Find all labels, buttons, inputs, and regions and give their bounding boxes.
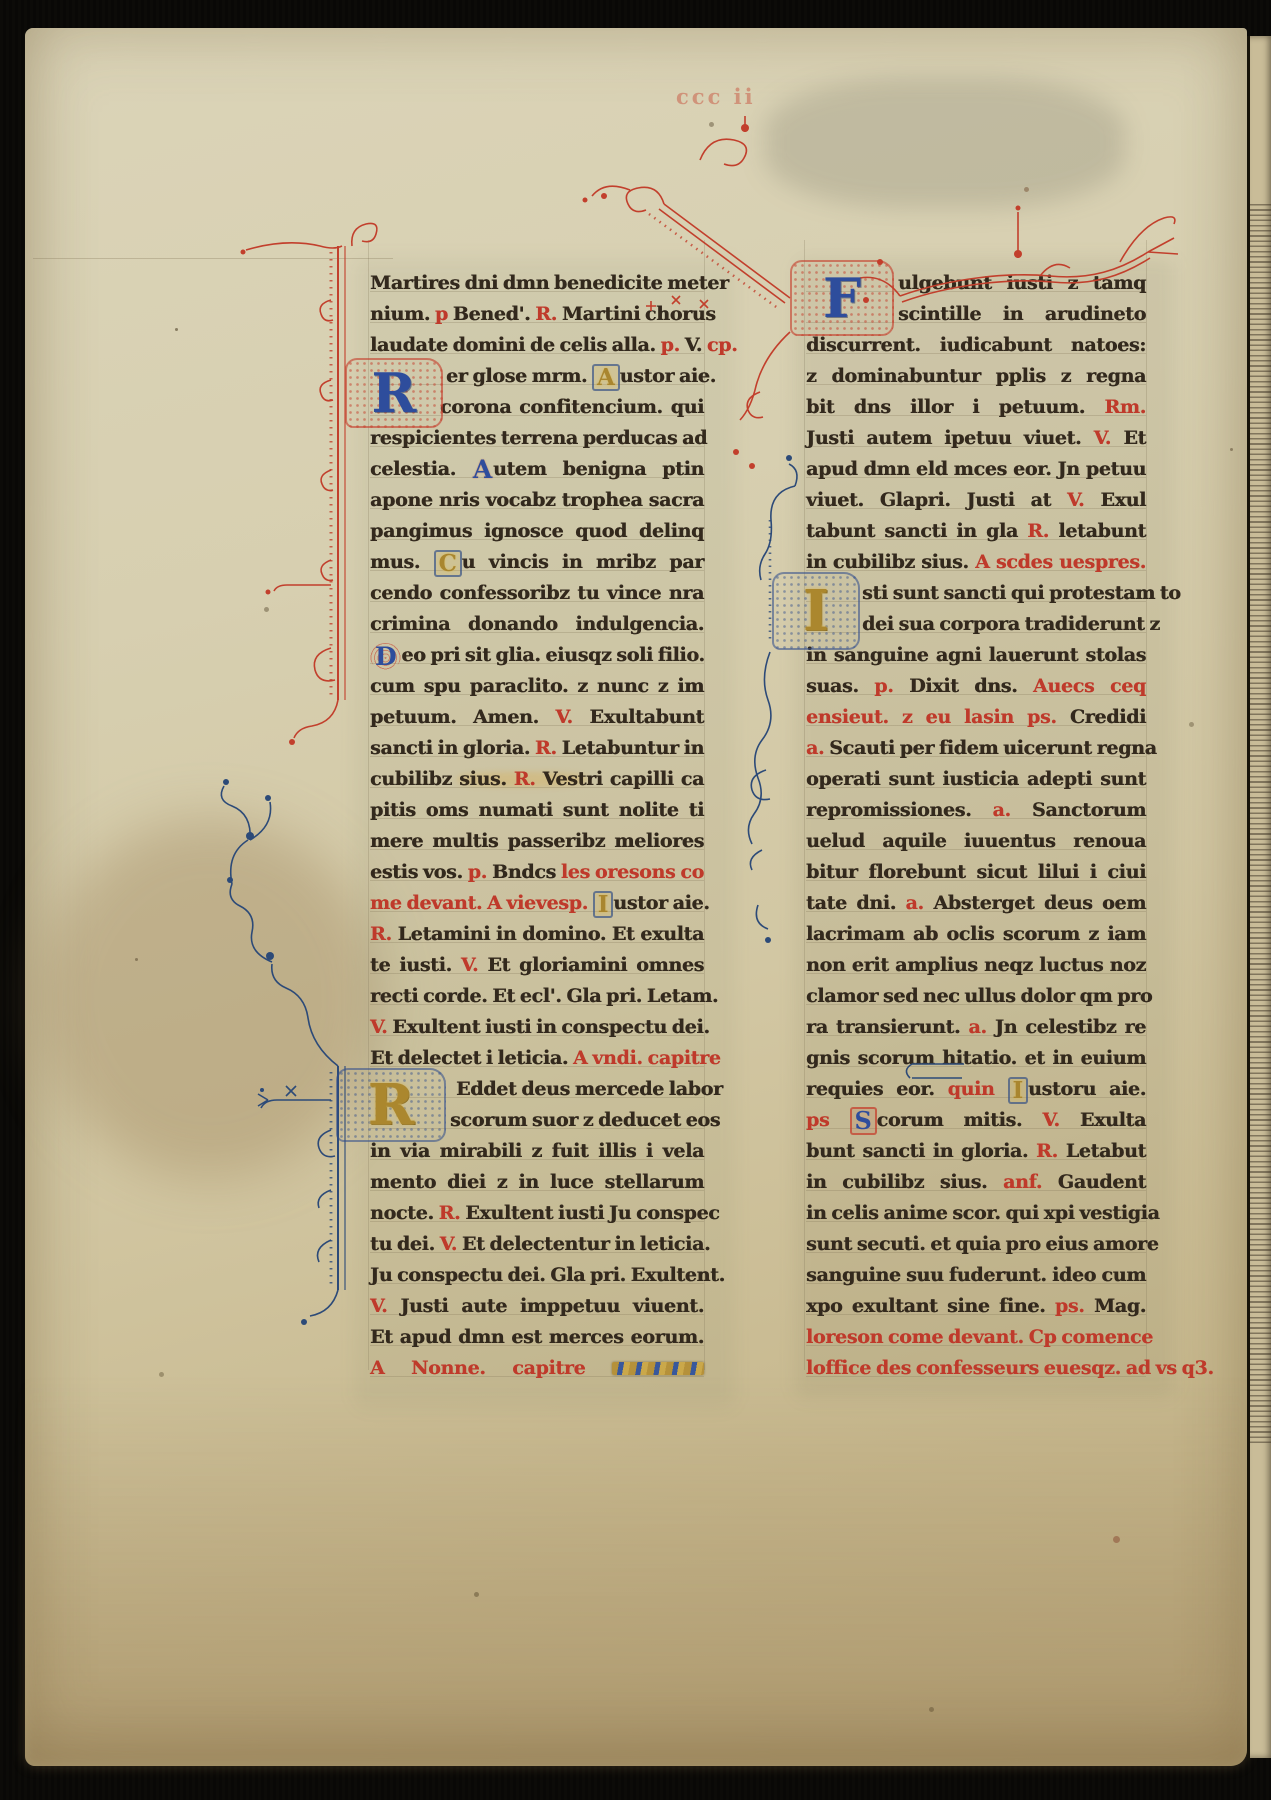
text-segment: suas. [806, 675, 874, 697]
text-line: te iusti. V. Et gloriamini omnes [370, 950, 704, 981]
parchment-stain [25, 1378, 1247, 1766]
text-segment: requies eor. [806, 1078, 948, 1100]
text-line: celestia. Autem benigna ptin [370, 454, 704, 485]
rubric-segment: anf. [1003, 1171, 1058, 1193]
rubric-segment: Rm. [1104, 396, 1146, 418]
text-segment: Mag. [1094, 1295, 1146, 1317]
text-segment: tu dei. [370, 1233, 440, 1255]
initial-letter: I [803, 578, 829, 644]
rubric-segment: me devant. A vievesp. [370, 892, 593, 914]
text-line: petuum. Amen. V. Exultabunt [370, 702, 704, 733]
text-line: apud dmn eld mces eor. Jn petuu [806, 454, 1146, 485]
rubric-segment: p. [468, 861, 492, 883]
text-segment: nium. [370, 303, 435, 325]
text-segment: xpo exultant sine fine. [806, 1295, 1055, 1317]
text-segment: lacrimam ab oclis scorum z iam [806, 923, 1146, 945]
rubric-segment: R. [514, 768, 543, 790]
text-line: pitis oms numati sunt nolite ti [370, 795, 704, 826]
text-line: bit dns illor i petuum. Rm. [806, 392, 1146, 423]
text-line: laudate domini de celis alla. p. V. cp. [370, 330, 704, 361]
text-line: ensieut. z eu lasin ps. Credidi [806, 702, 1146, 733]
text-line: loffice des confesseurs euesqz. ad vs q3… [806, 1353, 1146, 1384]
text-line: Deo pri sit glia. eiusqz soli filio. [370, 640, 704, 671]
text-segment: in celis anime scor. qui xpi vestigia [806, 1202, 1160, 1224]
text-segment: uelud aquile iuuentus renoua [806, 830, 1146, 852]
text-segment: pangimus ignosce quod delinq [370, 520, 704, 542]
text-segment: V. [685, 334, 707, 356]
text-segment: estis vos. [370, 861, 468, 883]
text-segment: bitur florebunt sicut lilui i ciui [806, 861, 1146, 883]
line-filler [612, 1362, 704, 1375]
text-segment: Exultent iusti in conspectu dei. [392, 1016, 709, 1038]
text-line: repromissiones. a. Sanctorum [806, 795, 1146, 826]
text-segment: Et apud dmn est merces eorum. [370, 1326, 704, 1348]
text-segment: letabunt [1058, 520, 1146, 542]
illuminated-initial-R-blue: R [345, 358, 443, 428]
text-line: recti corde. Et ecl'. Gla pri. Letam. [370, 981, 704, 1012]
text-line: tabunt sancti in gla R. letabunt [806, 516, 1146, 547]
text-line: Justi autem ipetuu viuet. V. Et [806, 423, 1146, 454]
rubric-segment: p. [874, 675, 909, 697]
column-right: ulgebunt iusti z tamqscintille in arudin… [806, 268, 1146, 1384]
rubric-segment: ps. [1055, 1295, 1094, 1317]
text-segment: tabunt sancti in gla [806, 520, 1027, 542]
rubric-segment: V. [370, 1016, 392, 1038]
book-fore-edge [1247, 36, 1271, 1758]
text-line: me devant. A vievesp. Iustor aie. [370, 888, 704, 919]
text-segment: ra transierunt. [806, 1016, 968, 1038]
inline-initial-blue-framed: S [850, 1107, 877, 1135]
text-segment: clamor sed nec ullus dolor qm pro [806, 985, 1152, 1007]
text-line: R. Letamini in domino. Et exulta [370, 919, 704, 950]
text-line: ps Scorum mitis. V. Exulta [806, 1105, 1146, 1136]
illuminated-initial-I-gold: I [772, 572, 860, 650]
text-segment: sanguine suu fuderunt. ideo cum [806, 1264, 1146, 1286]
text-segment: discurrent. iudicabunt natoes: [806, 334, 1146, 356]
rubric-segment: a. [968, 1016, 995, 1038]
initial-letter: R [372, 361, 417, 425]
text-segment: corona confitencium. qui [440, 396, 704, 418]
inline-initial-gold: A [592, 364, 620, 391]
rubric-segment: ensieut. z eu lasin ps. [806, 706, 1070, 728]
text-segment: scorum suor z deducet eos [450, 1109, 720, 1131]
text-line: xpo exultant sine fine. ps. Mag. [806, 1291, 1146, 1322]
rubric-segment: quin [948, 1078, 1008, 1100]
text-segment: Et [1123, 427, 1146, 449]
text-line: requies eor. quin Iustoru aie. [806, 1074, 1146, 1105]
rubric-segment: loreson come devant. Cp comence [806, 1326, 1153, 1348]
folio-mark: ccc ii [676, 84, 756, 109]
text-line: loreson come devant. Cp comence [806, 1322, 1146, 1353]
text-segment: in via mirabili z fuit illis i vela [370, 1140, 704, 1162]
rubric-segment: R. [1027, 520, 1058, 542]
text-segment: Justi aute imppetuu viuent. [400, 1295, 704, 1317]
text-segment: apud dmn eld mces eor. Jn petuu [806, 458, 1146, 480]
rubric-segment: ps [806, 1109, 850, 1131]
text-segment: u vincis in mribz par [462, 551, 704, 573]
text-segment: Credidi [1070, 706, 1146, 728]
text-line: nium. p Bened'. R. Martini chorus [370, 299, 704, 330]
text-segment: scintille in arudineto [898, 303, 1146, 325]
rubric-segment: a. [806, 737, 829, 759]
text-segment: te iusti. [370, 954, 461, 976]
ruling-line [804, 240, 805, 1370]
photo-backdrop: ccc ii Martires dni dmn benedicite meter… [0, 0, 1271, 1800]
text-segment: Bened'. [453, 303, 535, 325]
text-segment: Jn celestibz re [995, 1016, 1146, 1038]
text-line: V. Exultent iusti in conspectu dei. [370, 1012, 704, 1043]
text-line: Et apud dmn est merces eorum. [370, 1322, 704, 1353]
text-line: in cubilibz sius. anf. Gaudent [806, 1167, 1146, 1198]
inline-initial-blue: A [472, 457, 493, 482]
text-line: in celis anime scor. qui xpi vestigia [806, 1198, 1146, 1229]
text-segment: mus. [370, 551, 434, 573]
text-segment: z dominabuntur pplis z regna [806, 365, 1146, 387]
text-line: pangimus ignosce quod delinq [370, 516, 704, 547]
text-line: sunt secuti. et quia pro eius amore [806, 1229, 1146, 1260]
rubric-segment: R. [1036, 1140, 1066, 1162]
text-line: crimina donando indulgencia. [370, 609, 704, 640]
text-segment: sancti in gloria. [370, 737, 535, 759]
inline-initial-gold: I [593, 891, 613, 918]
text-line: operati sunt iusticia adepti sunt [806, 764, 1146, 795]
text-segment: ustor aie. [620, 365, 716, 387]
text-segment: sunt secuti. et quia pro eius amore [806, 1233, 1159, 1255]
text-segment: cum spu paraclito. z nunc z im [370, 675, 704, 697]
text-line: Martires dni dmn benedicite meter [370, 268, 704, 299]
ruling-line [1146, 240, 1147, 1370]
text-line: mus. Cu vincis in mribz par [370, 547, 704, 578]
initial-letter: F [823, 266, 861, 330]
text-segment: tate dni. [806, 892, 905, 914]
rubric-segment: V. [555, 706, 589, 728]
parchment-stain [765, 78, 1125, 208]
text-line: in cubilibz sius. A scdes uespres. [806, 547, 1146, 578]
fore-edge-page-stripes [1250, 204, 1271, 1444]
text-segment: cendo confessoribz tu vince nra [370, 582, 704, 604]
text-segment: respicientes terrena perducas ad [370, 427, 707, 449]
rubric-segment: A vndi. capitre [573, 1047, 721, 1069]
text-segment: Bndcs [492, 861, 561, 883]
text-line: mere multis passeribz meliores [370, 826, 704, 857]
text-line: V. Justi aute imppetuu viuent. [370, 1291, 704, 1322]
text-segment: crimina donando indulgencia. [370, 613, 704, 635]
rubric-segment: les oresons co [561, 861, 704, 883]
text-line: cubilibz sius. R. Vestri capilli ca [370, 764, 704, 795]
text-segment: laudate domini de celis alla. [370, 334, 661, 356]
text-segment: Eddet deus mercede labor [456, 1078, 723, 1100]
ruling-line [704, 240, 705, 1370]
text-segment: cubilibz sius. [370, 768, 514, 790]
text-segment: Letabut [1066, 1140, 1146, 1162]
rubric-segment: V. [1067, 489, 1100, 511]
text-segment: er glose mrm. [446, 365, 592, 387]
text-line: nocte. R. Exultent iusti Ju conspec [370, 1198, 704, 1229]
text-segment: Exultabunt [589, 706, 704, 728]
rubric-segment: p [435, 303, 453, 325]
text-line: sancti in gloria. R. Letabuntur in [370, 733, 704, 764]
text-segment: Sanctorum [1032, 799, 1146, 821]
illuminated-initial-R-gold: R [336, 1068, 446, 1142]
text-segment: Letamini in domino. Et exulta [398, 923, 704, 945]
rubric-segment: A scdes uespres. [975, 551, 1146, 573]
text-segment: in cubilibz sius. [806, 551, 975, 573]
text-segment: Letabuntur in [562, 737, 704, 759]
text-line: bunt sancti in gloria. R. Letabut [806, 1136, 1146, 1167]
text-line: A Nonne. capitre [370, 1353, 704, 1384]
text-line: bitur florebunt sicut lilui i ciui [806, 857, 1146, 888]
text-segment: Et delectentur in leticia. [462, 1233, 710, 1255]
text-segment: in cubilibz sius. [806, 1171, 1003, 1193]
text-line: z dominabuntur pplis z regna [806, 361, 1146, 392]
inline-initial-gold: C [434, 550, 462, 577]
text-segment: dei sua corpora tradiderunt z [862, 613, 1160, 635]
text-segment: nocte. [370, 1202, 439, 1224]
rubric-segment: V. [461, 954, 487, 976]
text-segment: Et delectet i leticia. [370, 1047, 573, 1069]
text-line: suas. p. Dixit dns. Auecs ceq [806, 671, 1146, 702]
rubric-segment: V. [1094, 427, 1124, 449]
text-segment: ulgebunt iusti z tamq [898, 272, 1146, 294]
rubric-segment: V. [370, 1295, 400, 1317]
text-segment: bunt sancti in gloria. [806, 1140, 1036, 1162]
ruling-line [33, 258, 393, 259]
text-line: lacrimam ab oclis scorum z iam [806, 919, 1146, 950]
text-line: cendo confessoribz tu vince nra [370, 578, 704, 609]
rubric-segment: R. [439, 1202, 466, 1224]
text-segment: Exulta [1080, 1109, 1146, 1131]
text-line: tu dei. V. Et delectentur in leticia. [370, 1229, 704, 1260]
rubric-segment: a. [992, 799, 1031, 821]
inline-initial-blue-spiral: D [370, 643, 401, 670]
illuminated-initial-F-blue: F [790, 260, 894, 336]
rubric-segment: Auecs ceq [1033, 675, 1146, 697]
text-line: mento diei z in luce stellarum [370, 1167, 704, 1198]
rubric-segment: a. [905, 892, 933, 914]
rubric-segment: A Nonne. capitre [370, 1357, 612, 1379]
text-line: ra transierunt. a. Jn celestibz re [806, 1012, 1146, 1043]
text-line: cum spu paraclito. z nunc z im [370, 671, 704, 702]
parchment-spots [175, 328, 178, 331]
text-line: gnis scorum hitatio. et in euium [806, 1043, 1146, 1074]
text-line: a. Scauti per fidem uicerunt regna [806, 733, 1146, 764]
text-segment: ustor aie. [613, 892, 709, 914]
rubric-segment: R. [535, 737, 562, 759]
rubric-segment: R. [535, 303, 562, 325]
text-line: apone nris vocabz trophea sacra [370, 485, 704, 516]
text-segment: bit dns illor i petuum. [806, 396, 1104, 418]
rubric-segment: R. [370, 923, 398, 945]
text-segment: apone nris vocabz trophea sacra [370, 489, 704, 511]
text-segment: operati sunt iusticia adepti sunt [806, 768, 1146, 790]
text-segment: non erit amplius neqz luctus noz [806, 954, 1146, 976]
rubric-segment: V. [440, 1233, 462, 1255]
text-segment: Scauti per fidem uicerunt regna [829, 737, 1156, 759]
inline-initial-gold: I [1008, 1077, 1028, 1104]
text-line: Ju conspectu dei. Gla pri. Exultent. [370, 1260, 704, 1291]
text-segment: petuum. Amen. [370, 706, 555, 728]
text-segment: sti sunt sancti qui protestam to [862, 582, 1181, 604]
text-segment: Absterget deus oem [933, 892, 1146, 914]
text-segment: pitis oms numati sunt nolite ti [370, 799, 704, 821]
text-segment: celestia. [370, 458, 472, 480]
text-segment: Martini chorus [562, 303, 716, 325]
text-segment: repromissiones. [806, 799, 992, 821]
text-segment: in sanguine agni lauerunt stolas [806, 644, 1146, 666]
column-left: Martires dni dmn benedicite meternium. p… [370, 268, 704, 1384]
text-line: viuet. Glapri. Justi at V. Exul [806, 485, 1146, 516]
text-segment: viuet. Glapri. Justi at [806, 489, 1067, 511]
text-segment: Ju conspectu dei. Gla pri. Exultent. [370, 1264, 725, 1286]
rubric-segment: loffice des confesseurs euesqz. ad vs q3… [806, 1357, 1214, 1379]
text-line: tate dni. a. Absterget deus oem [806, 888, 1146, 919]
text-segment: Justi autem ipetuu viuet. [806, 427, 1094, 449]
text-segment: ustoru aie. [1028, 1078, 1146, 1100]
text-segment: utem benigna ptin [493, 458, 704, 480]
text-segment: Et gloriamini omnes [487, 954, 704, 976]
text-segment: eo pri sit glia. eiusqz soli filio. [401, 644, 704, 666]
text-segment: mere multis passeribz meliores [370, 830, 704, 852]
rubric-segment: V. [1042, 1109, 1080, 1131]
text-line: clamor sed nec ullus dolor qm pro [806, 981, 1146, 1012]
text-line: sanguine suu fuderunt. ideo cum [806, 1260, 1146, 1291]
rubric-segment: cp. [707, 334, 738, 356]
text-segment: mento diei z in luce stellarum [370, 1171, 704, 1193]
rubric-segment: p. [661, 334, 685, 356]
text-segment: gnis scorum hitatio. et in euium [806, 1047, 1146, 1069]
text-segment: Exul [1100, 489, 1146, 511]
text-segment: corum mitis. [877, 1109, 1043, 1131]
parchment-stain [40, 818, 380, 1178]
text-segment: Dixit dns. [909, 675, 1033, 697]
text-line: non erit amplius neqz luctus noz [806, 950, 1146, 981]
text-segment: recti corde. Et ecl'. Gla pri. Letam. [370, 985, 718, 1007]
text-line: uelud aquile iuuentus renoua [806, 826, 1146, 857]
text-segment: Gaudent [1058, 1171, 1146, 1193]
text-segment: Exultent iusti Ju conspec [465, 1202, 719, 1224]
text-segment: Martires dni dmn benedicite meter [370, 272, 729, 294]
text-line: estis vos. p. Bndcs les oresons co [370, 857, 704, 888]
text-segment: Vestri capilli ca [543, 768, 704, 790]
initial-letter: R [368, 1072, 415, 1138]
